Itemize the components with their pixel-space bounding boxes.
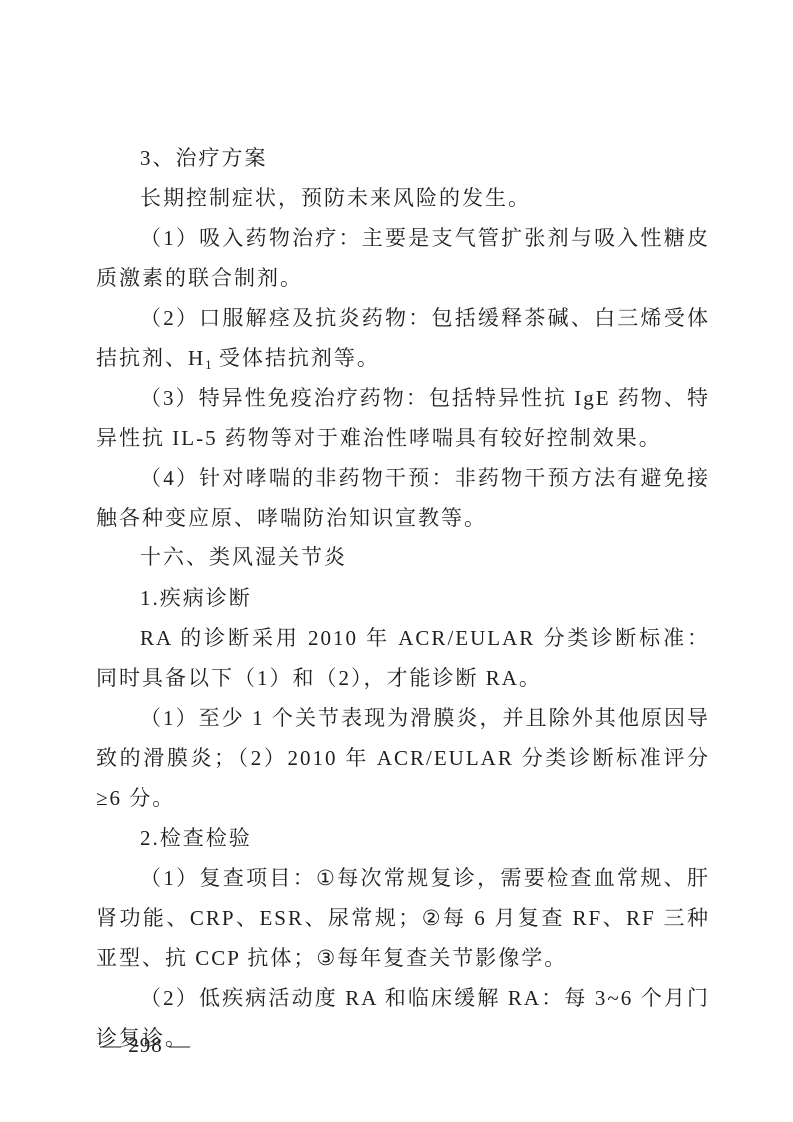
heading-disease-diagnosis: 1.疾病诊断 [96,578,710,618]
paragraph-oral-drugs-tail: 受体拮抗剂等。 [212,346,380,370]
heading-tests: 2.检查检验 [96,818,710,858]
heading-treatment-plan: 3、治疗方案 [96,138,710,178]
document-page: 3、治疗方案 长期控制症状，预防未来风险的发生。 （1）吸入药物治疗：主要是支气… [0,0,793,1122]
paragraph-nondrug-intervention: （4）针对哮喘的非药物干预：非药物干预方法有避免接触各种变应原、哮喘防治知识宣教… [96,458,710,538]
paragraph-ra-criteria-items: （1）至少 1 个关节表现为滑膜炎，并且除外其他原因导致的滑膜炎；（2）2010… [96,698,710,818]
paragraph-recheck-items: （1）复查项目：①每次常规复诊，需要检查血常规、肝肾功能、CRP、ESR、尿常规… [96,858,710,978]
paragraph-intro: 长期控制症状，预防未来风险的发生。 [96,178,710,218]
page-number: — 298 — [100,1030,191,1060]
paragraph-oral-drugs: （2）口服解痉及抗炎药物：包括缓释茶碱、白三烯受体拮抗剂、H1 受体拮抗剂等。 [96,298,710,378]
document-body: 3、治疗方案 长期控制症状，预防未来风险的发生。 （1）吸入药物治疗：主要是支气… [96,138,710,1058]
paragraph-immunotherapy: （3）特异性免疫治疗药物：包括特异性抗 IgE 药物、特异性抗 IL-5 药物等… [96,378,710,458]
paragraph-ra-criteria: RA 的诊断采用 2010 年 ACR/EULAR 分类诊断标准：同时具备以下（… [96,618,710,698]
paragraph-inhaled-therapy: （1）吸入药物治疗：主要是支气管扩张剂与吸入性糖皮质激素的联合制剂。 [96,218,710,298]
paragraph-oral-drugs-text: （2）口服解痉及抗炎药物：包括缓释茶碱、白三烯受体拮抗剂、H [96,306,710,370]
section-heading-rheumatoid-arthritis: 十六、类风湿关节炎 [96,538,710,578]
